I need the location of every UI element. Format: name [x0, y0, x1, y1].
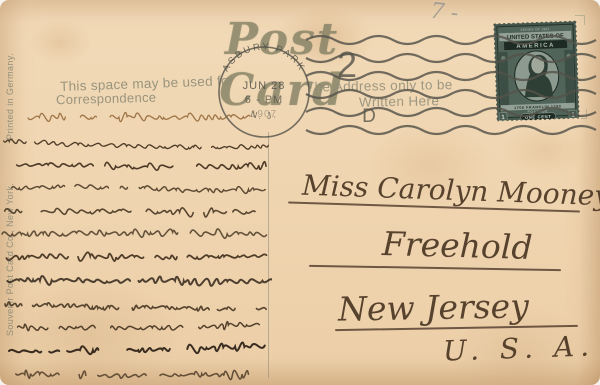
- handwriting-stroke: [5, 302, 266, 311]
- handwriting-stroke: [4, 139, 269, 149]
- correspondence-note-line2: Correspondence: [56, 90, 157, 108]
- address-state: New Jersey: [338, 286, 529, 328]
- handwriting-stroke: [16, 370, 249, 379]
- handwritten-message: [0, 104, 272, 385]
- handwriting-stroke: [5, 208, 255, 217]
- address-note-line1: The Address only to be: [306, 77, 453, 95]
- publisher-imprint-line2: Printed in Germany.: [5, 53, 15, 140]
- handwriting-stroke: [12, 185, 265, 194]
- pencil-notation: 7 -: [426, 0, 462, 26]
- franklin-one-cent-stamp: SERIES OF 1902 UNITED STATES OF AMERICA …: [492, 20, 580, 123]
- address-city: Freehold: [382, 224, 534, 267]
- handwriting-stroke: [2, 229, 266, 238]
- address-country: U. S. A.: [442, 329, 595, 367]
- postcard-photo: Post Card This space may be used for Cor…: [0, 0, 600, 385]
- killer-wave: [306, 126, 596, 134]
- center-divider-line: [268, 132, 269, 378]
- handwriting-stroke: [9, 343, 265, 355]
- handwriting-stroke: [7, 276, 272, 286]
- publisher-imprint-line1: Souvenir Post Card Co., New York.: [5, 183, 15, 336]
- address-note-line2: Written Here: [306, 92, 492, 110]
- handwriting-stroke: [6, 252, 266, 261]
- handwriting-stroke: [17, 162, 266, 171]
- address-note: The Address only to be Written Here: [306, 76, 493, 110]
- handwriting-stroke: [18, 322, 260, 331]
- postcard-back: Post Card This space may be used for Cor…: [0, 0, 600, 385]
